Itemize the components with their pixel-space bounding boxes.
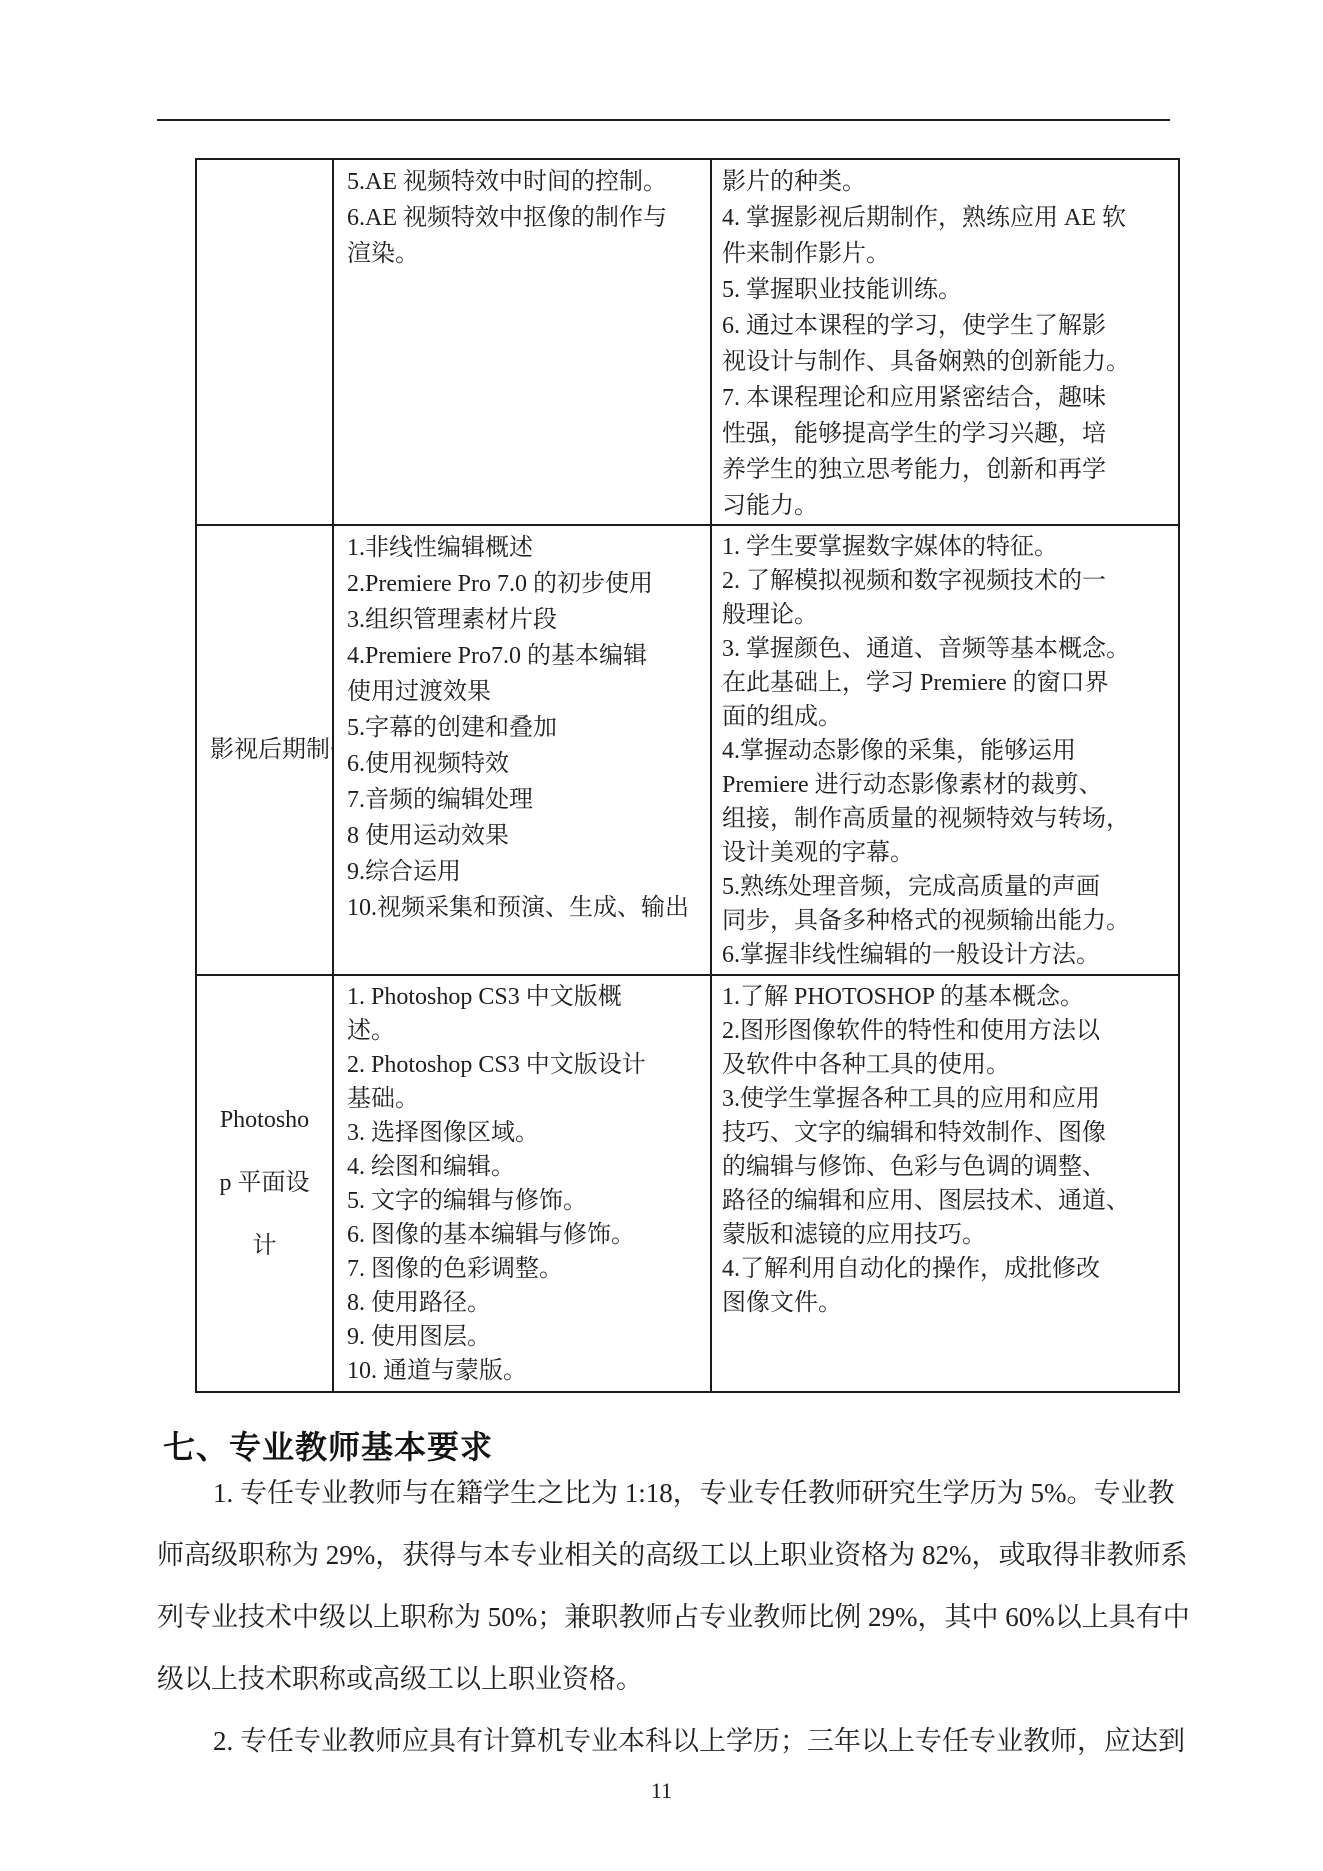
text-line: 路径的编辑和应用、图层技术、通道、 — [722, 1184, 1178, 1218]
text-line: 的编辑与修饰、色彩与色调的调整、 — [722, 1150, 1178, 1184]
table-row-ae: 5.AE 视频特效中时间的控制。6.AE 视频特效中抠像的制作与渲染。 影片的种… — [196, 159, 1179, 525]
text-line: 5.字幕的创建和叠加 — [347, 710, 711, 746]
page-number: 11 — [0, 1778, 1323, 1804]
document-page: 5.AE 视频特效中时间的控制。6.AE 视频特效中抠像的制作与渲染。 影片的种… — [0, 0, 1323, 1871]
text-line: 6.AE 视频特效中抠像的制作与 — [347, 200, 710, 236]
course-requirements-cell: 影片的种类。4. 掌握影视后期制作，熟练应用 AE 软件来制作影片。5. 掌握职… — [711, 159, 1179, 525]
text-line: 1.非线性编辑概述 — [347, 530, 711, 566]
text-line: 蒙版和滤镜的应用技巧。 — [722, 1218, 1178, 1252]
text-line: Photosho — [197, 1089, 332, 1152]
course-name-cell — [196, 159, 333, 525]
text-line: 4.Premiere Pro7.0 的基本编辑 — [347, 638, 711, 674]
text-line: 5.AE 视频特效中时间的控制。 — [347, 164, 710, 200]
text-line: 8 使用运动效果 — [347, 818, 711, 854]
text-line: 7.音频的编辑处理 — [347, 782, 711, 818]
text-line: 3.使学生掌握各种工具的应用和应用 — [722, 1082, 1178, 1116]
body-paragraphs: 1. 专任专业教师与在籍学生之比为 1:18，专业专任教师研究生学历为 5%。专… — [157, 1462, 1170, 1772]
header-divider — [157, 119, 1170, 121]
text-line: 技巧、文字的编辑和特效制作、图像 — [722, 1116, 1178, 1150]
text-line: 3. 选择图像区域。 — [347, 1116, 710, 1150]
text-line: Premiere 进行动态影像素材的裁剪、 — [722, 768, 1178, 802]
text-line: 3.组织管理素材片段 — [347, 602, 711, 638]
text-line: 4.掌握动态影像的采集，能够运用 — [722, 734, 1178, 768]
text-line: p 平面设 — [197, 1152, 332, 1215]
text-line: 设计美观的字幕。 — [722, 836, 1178, 870]
text-line: 1. Photoshop CS3 中文版概 — [347, 980, 710, 1014]
text-line: 5. 文字的编辑与修饰。 — [347, 1184, 710, 1218]
course-name: 影视后期制作 — [210, 735, 332, 765]
text-line: 件来制作影片。 — [722, 236, 1178, 272]
text-line: 1. 学生要掌握数字媒体的特征。 — [722, 530, 1178, 564]
text-line: 4. 掌握影视后期制作，熟练应用 AE 软 — [722, 200, 1178, 236]
text-line: 10. 通道与蒙版。 — [347, 1354, 710, 1388]
course-table: 5.AE 视频特效中时间的控制。6.AE 视频特效中抠像的制作与渲染。 影片的种… — [195, 158, 1180, 1393]
text-line: 习能力。 — [722, 488, 1178, 524]
text-line: 2. 了解模拟视频和数字视频技术的一 — [722, 564, 1178, 598]
text-line: 8. 使用路径。 — [347, 1286, 710, 1320]
course-requirements-cell: 1. 学生要掌握数字媒体的特征。2. 了解模拟视频和数字视频技术的一般理论。3.… — [711, 525, 1179, 975]
text-line: 3. 掌握颜色、通道、音频等基本概念。 — [722, 632, 1178, 666]
text-line: 基础。 — [347, 1082, 710, 1116]
text-line: 渲染。 — [347, 236, 710, 272]
text-line: 2.Premiere Pro 7.0 的初步使用 — [347, 566, 711, 602]
text-line: 影片的种类。 — [722, 164, 1178, 200]
text-line: 4. 绘图和编辑。 — [347, 1150, 710, 1184]
text-line: 6.使用视频特效 — [347, 746, 711, 782]
text-line: 计 — [197, 1215, 332, 1278]
text-line: 5.熟练处理音频，完成高质量的声画 — [722, 870, 1178, 904]
text-line: 1. 专任专业教师与在籍学生之比为 1:18，专业专任教师研究生学历为 5%。专… — [157, 1462, 1170, 1524]
text-line: 4.了解利用自动化的操作，成批修改 — [722, 1252, 1178, 1286]
text-line: 9. 使用图层。 — [347, 1320, 710, 1354]
text-line: 1.了解 PHOTOSHOP 的基本概念。 — [722, 980, 1178, 1014]
paragraph-1: 1. 专任专业教师与在籍学生之比为 1:18，专业专任教师研究生学历为 5%。专… — [157, 1462, 1170, 1710]
text-line: 2. 专任专业教师应具有计算机专业本科以上学历；三年以上专任专业教师，应达到 — [157, 1710, 1170, 1772]
text-line: 般理论。 — [722, 598, 1178, 632]
course-content-cell: 1. Photoshop CS3 中文版概述。2. Photoshop CS3 … — [333, 975, 711, 1392]
text-line: 图像文件。 — [722, 1286, 1178, 1320]
text-line: 5. 掌握职业技能训练。 — [722, 272, 1178, 308]
text-line: 7. 图像的色彩调整。 — [347, 1252, 710, 1286]
text-line: 在此基础上，学习 Premiere 的窗口界 — [722, 666, 1178, 700]
text-line: 列专业技术中级以上职称为 50%；兼职教师占专业教师比例 29%，其中 60%以… — [157, 1586, 1170, 1648]
text-line: 性强，能够提高学生的学习兴趣，培 — [722, 416, 1178, 452]
text-line: 6. 图像的基本编辑与修饰。 — [347, 1218, 710, 1252]
course-name-cell: 影视后期制作 — [196, 525, 333, 975]
text-line: 组接，制作高质量的视频特效与转场， — [722, 802, 1178, 836]
text-line: 面的组成。 — [722, 700, 1178, 734]
text-line: 养学生的独立思考能力，创新和再学 — [722, 452, 1178, 488]
text-line: 2. Photoshop CS3 中文版设计 — [347, 1048, 710, 1082]
text-line: 述。 — [347, 1014, 710, 1048]
course-name-cell: Photoshop 平面设计 — [196, 975, 333, 1392]
text-line: 师高级职称为 29%，获得与本专业相关的高级工以上职业资格为 82%，或取得非教… — [157, 1524, 1170, 1586]
course-requirements-cell: 1.了解 PHOTOSHOP 的基本概念。2.图形图像软件的特性和使用方法以及软… — [711, 975, 1179, 1392]
table-row-video-editing: 影视后期制作 1.非线性编辑概述2.Premiere Pro 7.0 的初步使用… — [196, 525, 1179, 975]
text-line: 同步，具备多种格式的视频输出能力。 — [722, 904, 1178, 938]
text-line: 7. 本课程理论和应用紧密结合，趣味 — [722, 380, 1178, 416]
text-line: 9.综合运用 — [347, 854, 711, 890]
course-content-cell: 1.非线性编辑概述2.Premiere Pro 7.0 的初步使用3.组织管理素… — [333, 525, 711, 975]
paragraph-2: 2. 专任专业教师应具有计算机专业本科以上学历；三年以上专任专业教师，应达到 — [157, 1710, 1170, 1772]
text-line: 视设计与制作、具备娴熟的创新能力。 — [722, 344, 1178, 380]
table-row-photoshop: Photoshop 平面设计 1. Photoshop CS3 中文版概述。2.… — [196, 975, 1179, 1392]
text-line: 使用过渡效果 — [347, 674, 711, 710]
text-line: 6. 通过本课程的学习，使学生了解影 — [722, 308, 1178, 344]
course-content-cell: 5.AE 视频特效中时间的控制。6.AE 视频特效中抠像的制作与渲染。 — [333, 159, 711, 525]
text-line: 2.图形图像软件的特性和使用方法以 — [722, 1014, 1178, 1048]
text-line: 及软件中各种工具的使用。 — [722, 1048, 1178, 1082]
text-line: 级以上技术职称或高级工以上职业资格。 — [157, 1648, 1170, 1710]
text-line: 6.掌握非线性编辑的一般设计方法。 — [722, 938, 1178, 972]
text-line: 10.视频采集和预演、生成、输出 — [347, 890, 711, 926]
